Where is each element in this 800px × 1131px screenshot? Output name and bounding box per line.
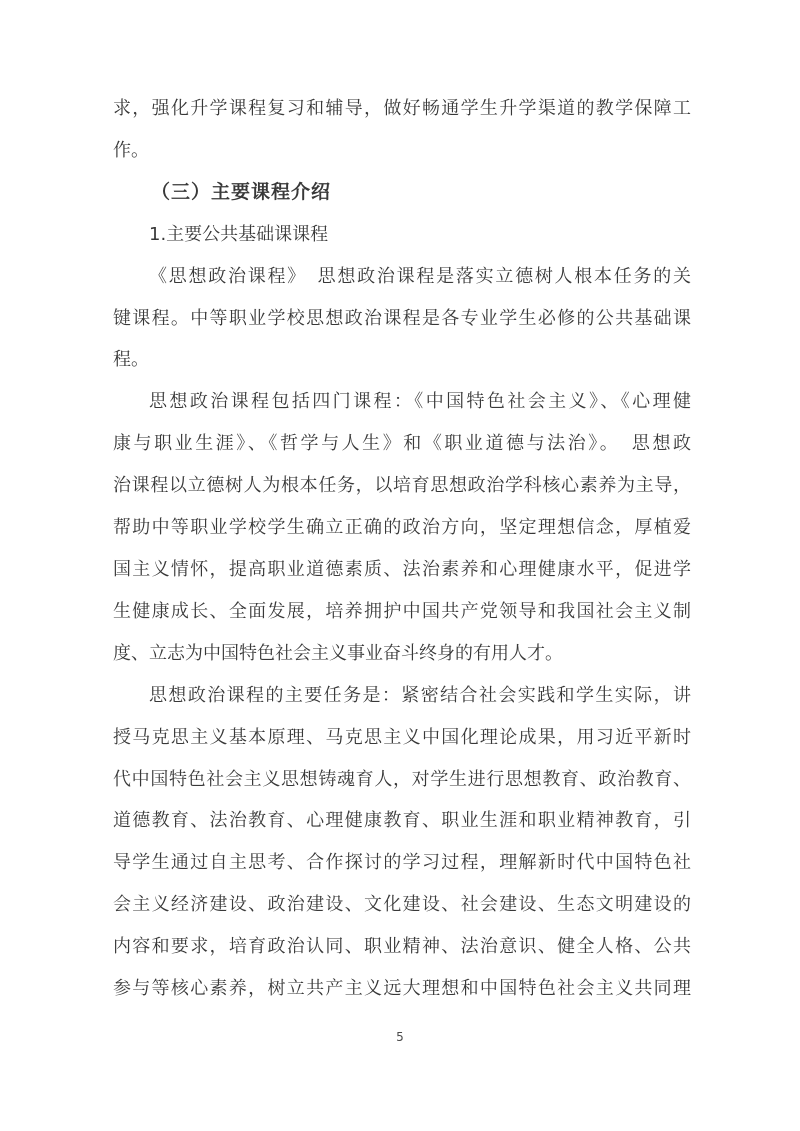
page-content: 求，强化升学课程复习和辅导，做好畅通学生升学渠道的教学保障工作。（三）主要课程介… — [113, 88, 691, 1010]
text-line: 生健康成长、全面发展，培养拥护中国共产党领导和我国社会主义制 — [113, 591, 691, 633]
text-line: 参与等核心素养，树立共产主义远大理想和中国特色社会主义共同理 — [113, 968, 691, 1010]
text-line: 度、立志为中国特色社会主义事业奋斗终身的有用人才。 — [113, 633, 691, 675]
text-line: 治课程以立德树人为根本任务，以培育思想政治学科核心素养为主导， — [113, 465, 691, 507]
text-line: 求，强化升学课程复习和辅导，做好畅通学生升学渠道的教学保障工 — [113, 88, 691, 130]
text-line: 《思想政治课程》 思想政治课程是落实立德树人根本任务的关 — [113, 256, 691, 298]
text-line: 1.主要公共基础课课程 — [113, 214, 691, 256]
page-number: 5 — [0, 1028, 800, 1046]
text-line: 内容和要求，培育政治认同、职业精神、法治意识、健全人格、公共 — [113, 926, 691, 968]
text-line: 会主义经济建设、政治建设、文化建设、社会建设、生态文明建设的 — [113, 884, 691, 926]
text-line: 授马克思主义基本原理、马克思主义中国化理论成果，用习近平新时 — [113, 717, 691, 759]
text-line: 导学生通过自主思考、合作探讨的学习过程，理解新时代中国特色社 — [113, 842, 691, 884]
text-line: 思想政治课程的主要任务是：紧密结合社会实践和学生实际，讲 — [113, 675, 691, 717]
text-line: 代中国特色社会主义思想铸魂育人，对学生进行思想教育、政治教育、 — [113, 759, 691, 801]
text-line: 键课程。中等职业学校思想政治课程是各专业学生必修的公共基础课 — [113, 298, 691, 340]
document-page: 求，强化升学课程复习和辅导，做好畅通学生升学渠道的教学保障工作。（三）主要课程介… — [0, 0, 800, 1131]
text-line: 道德教育、法治教育、心理健康教育、职业生涯和职业精神教育，引 — [113, 800, 691, 842]
text-line: 国主义情怀，提高职业道德素质、法治素养和心理健康水平，促进学 — [113, 549, 691, 591]
text-line: 帮助中等职业学校学生确立正确的政治方向，坚定理想信念，厚植爱 — [113, 507, 691, 549]
text-line: 程。 — [113, 339, 691, 381]
text-line: 思想政治课程包括四门课程：《中国特色社会主义》、《心理健 — [113, 381, 691, 423]
text-line: 作。 — [113, 130, 691, 172]
text-line: 康与职业生涯》、《哲学与人生》和《职业道德与法治》。 思想政 — [113, 423, 691, 465]
section-heading: （三）主要课程介绍 — [113, 172, 691, 214]
